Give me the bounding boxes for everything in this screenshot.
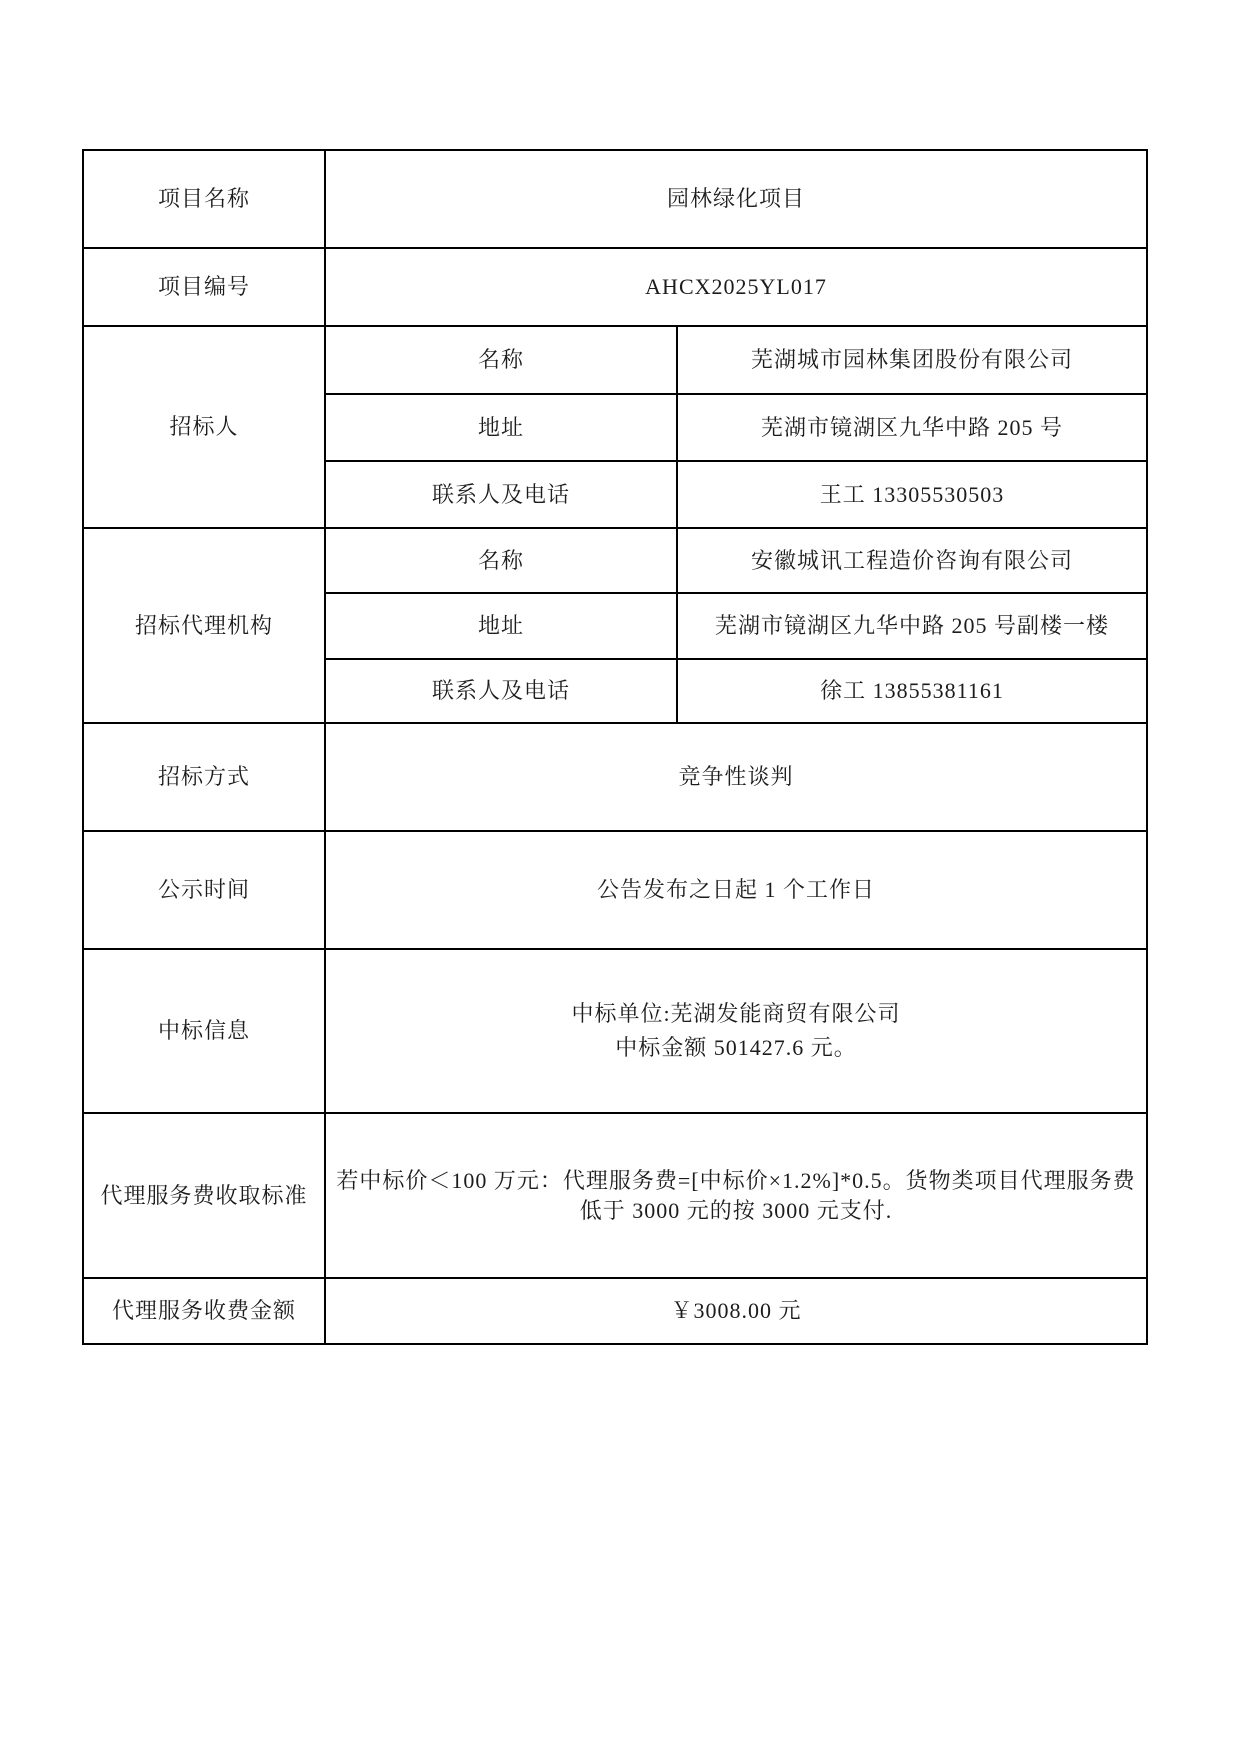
tender-method-value: 竞争性谈判 — [325, 723, 1147, 831]
award-info-value: 中标单位:芜湖发能商贸有限公司 中标金额 501427.6 元。 — [325, 949, 1147, 1113]
project-code-value: AHCX2025YL017 — [325, 248, 1147, 326]
tenderer-name-value: 芜湖城市园林集团股份有限公司 — [677, 326, 1147, 394]
row-agency-name: 招标代理机构 名称 安徽城讯工程造价咨询有限公司 — [83, 528, 1147, 593]
project-name-label: 项目名称 — [83, 150, 325, 248]
tenderer-contact-label: 联系人及电话 — [325, 461, 677, 528]
publicity-period-label: 公示时间 — [83, 831, 325, 949]
tenderer-name-label: 名称 — [325, 326, 677, 394]
agency-fee-standard-value: 若中标价＜100 万元：代理服务费=[中标价×1.2%]*0.5。货物类项目代理… — [325, 1113, 1147, 1278]
document-page: 项目名称 园林绿化项目 项目编号 AHCX2025YL017 招标人 名称 芜湖… — [0, 0, 1239, 1754]
agency-contact-value: 徐工 13855381161 — [677, 659, 1147, 723]
row-award-info: 中标信息 中标单位:芜湖发能商贸有限公司 中标金额 501427.6 元。 — [83, 949, 1147, 1113]
tenderer-address-value: 芜湖市镜湖区九华中路 205 号 — [677, 394, 1147, 461]
agency-fee-amount-value: ￥3008.00 元 — [325, 1278, 1147, 1344]
row-project-name: 项目名称 园林绿化项目 — [83, 150, 1147, 248]
row-project-code: 项目编号 AHCX2025YL017 — [83, 248, 1147, 326]
agency-address-label: 地址 — [325, 593, 677, 659]
award-winner-line: 中标单位:芜湖发能商贸有限公司 — [332, 997, 1140, 1031]
tenderer-label: 招标人 — [83, 326, 325, 528]
agency-address-value: 芜湖市镜湖区九华中路 205 号副楼一楼 — [677, 593, 1147, 659]
tenderer-address-label: 地址 — [325, 394, 677, 461]
row-tenderer-name: 招标人 名称 芜湖城市园林集团股份有限公司 — [83, 326, 1147, 394]
agency-name-value: 安徽城讯工程造价咨询有限公司 — [677, 528, 1147, 593]
award-info-label: 中标信息 — [83, 949, 325, 1113]
agency-label: 招标代理机构 — [83, 528, 325, 723]
project-code-label: 项目编号 — [83, 248, 325, 326]
publicity-period-value: 公告发布之日起 1 个工作日 — [325, 831, 1147, 949]
tender-publicity-table: 项目名称 园林绿化项目 项目编号 AHCX2025YL017 招标人 名称 芜湖… — [82, 149, 1148, 1345]
tender-method-label: 招标方式 — [83, 723, 325, 831]
agency-contact-label: 联系人及电话 — [325, 659, 677, 723]
agency-name-label: 名称 — [325, 528, 677, 593]
agency-fee-standard-label: 代理服务费收取标准 — [83, 1113, 325, 1278]
project-name-value: 园林绿化项目 — [325, 150, 1147, 248]
tenderer-contact-value: 王工 13305530503 — [677, 461, 1147, 528]
row-agency-fee-amount: 代理服务收费金额 ￥3008.00 元 — [83, 1278, 1147, 1344]
row-tender-method: 招标方式 竞争性谈判 — [83, 723, 1147, 831]
row-publicity-period: 公示时间 公告发布之日起 1 个工作日 — [83, 831, 1147, 949]
row-agency-fee-standard: 代理服务费收取标准 若中标价＜100 万元：代理服务费=[中标价×1.2%]*0… — [83, 1113, 1147, 1278]
award-amount-line: 中标金额 501427.6 元。 — [332, 1031, 1140, 1065]
agency-fee-amount-label: 代理服务收费金额 — [83, 1278, 325, 1344]
